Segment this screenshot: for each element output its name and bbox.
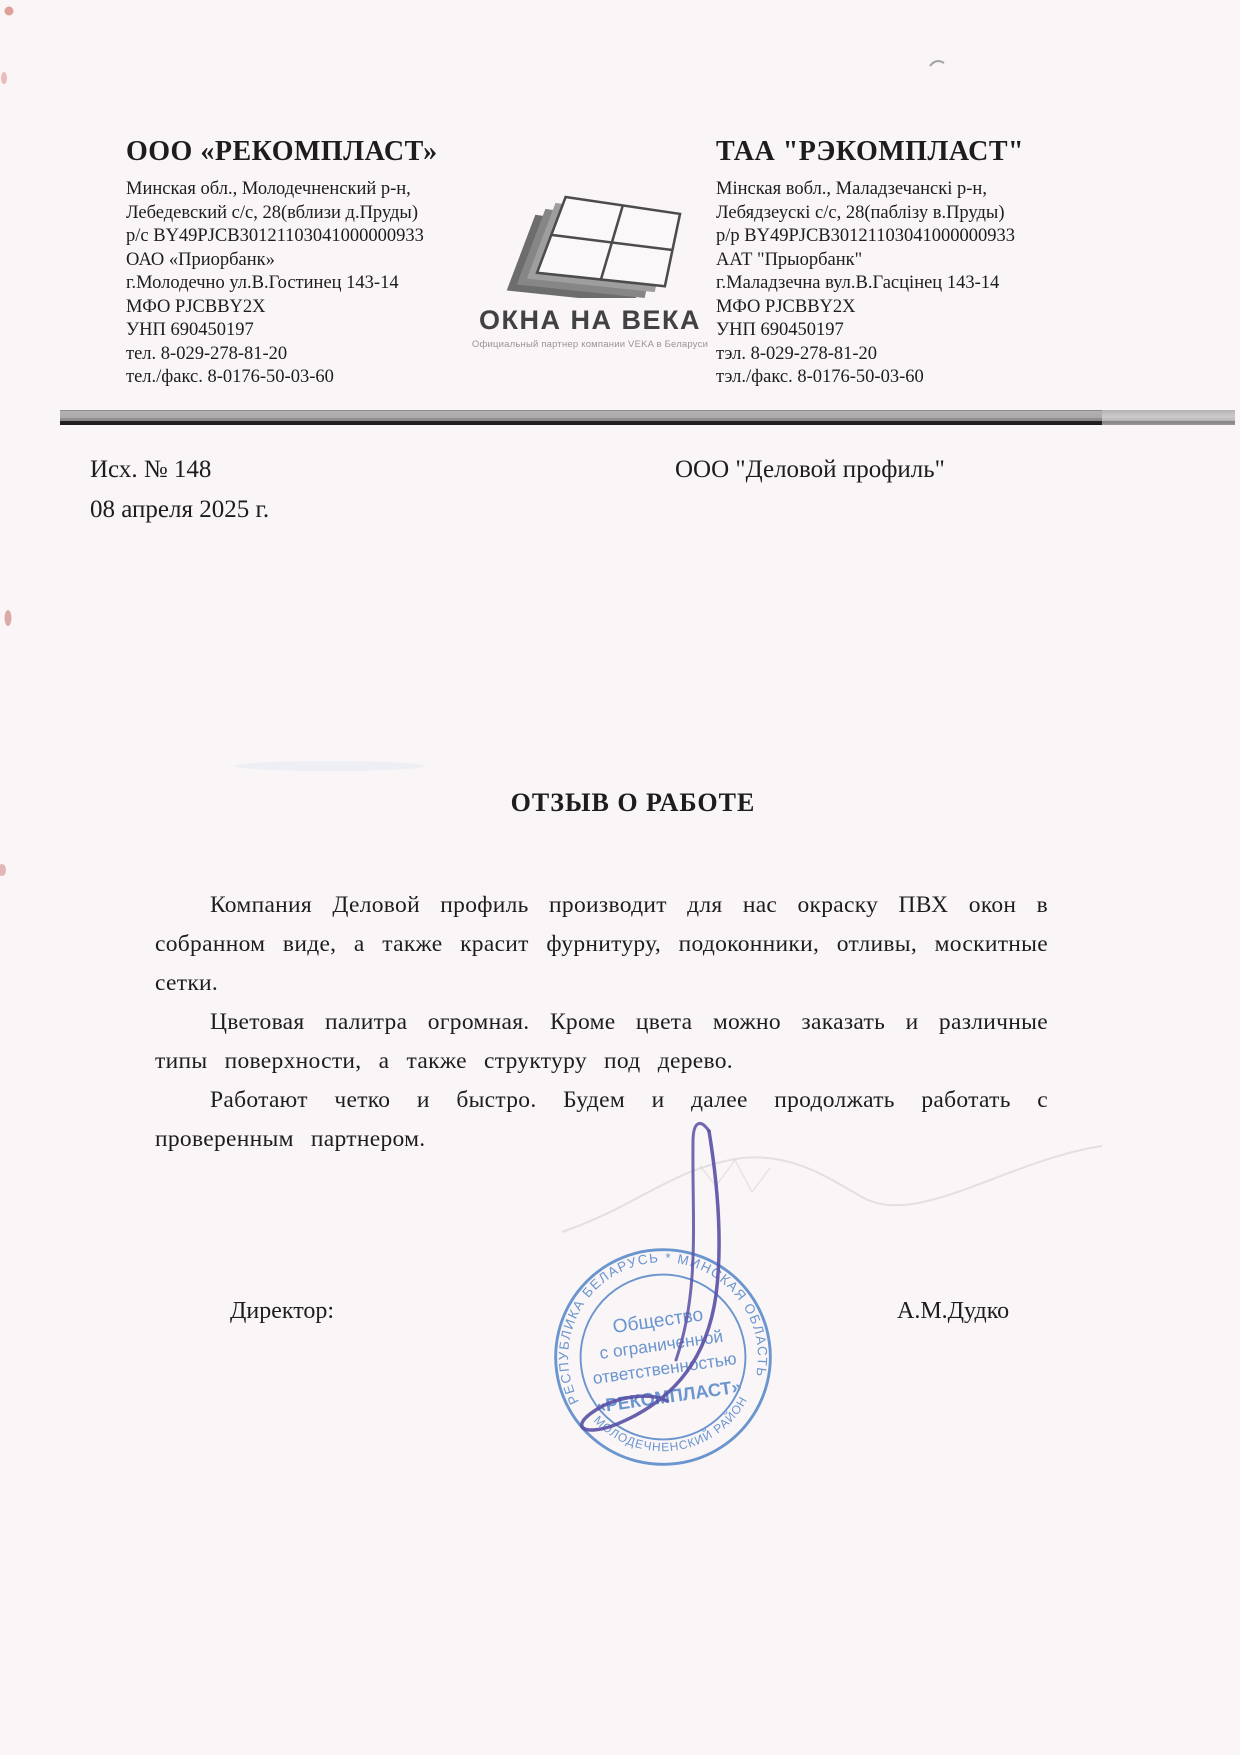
header-company-by: ТАА "РЭКОМПЛАСТ" Мінская вобл., Маладзеч… [716,136,1056,390]
address-line: Мінская вобл., Маладзечанскі р-н, [716,178,1056,202]
address-line: Лебядзеускі с/с, 28(паблізу в.Пруды) [716,202,1056,226]
logo-name: ОКНА НА ВЕКА [448,305,732,336]
director-name: А.М.Дудко [897,1298,1009,1325]
address-line: г.Маладзечна вул.В.Гасцінец 143-14 [716,272,1056,296]
letter-page: ООО «РЕКОМПЛАСТ» Минская обл., Молодечне… [0,0,1240,1755]
paragraph: Цветовая палитра огромная. Кроме цвета м… [155,1003,1048,1081]
scan-mark [5,610,12,626]
paragraph: Работают четко и быстро. Будем и далее п… [155,1081,1048,1159]
address-line: УНП 690450197 [716,319,1056,343]
address-line: тэл./факс. 8-0176-50-03-60 [716,366,1056,390]
header-divider-bar [60,410,1102,425]
scan-mark [930,61,944,66]
scan-mark [0,864,6,876]
director-label: Директор: [230,1298,334,1325]
company-title-ru: ООО «РЕКОМПЛАСТ» [126,136,526,168]
letter-date: 08 апреля 2025 г. [90,496,269,524]
letter-body: Компания Деловой профиль производит для … [155,886,1048,1159]
paper-crease [700,1160,770,1192]
address-line: тел./факс. 8-0176-50-03-60 [126,366,526,390]
scan-smudge [235,761,425,771]
window-panes-icon [492,192,688,298]
outgoing-number: Исх. № 148 [90,456,211,484]
address-line: ААТ "Прыорбанк" [716,249,1056,273]
header-divider-bar-tail [1102,410,1235,425]
company-round-stamp: РЕСПУБЛИКА БЕЛАРУСЬ * МИНСКАЯ ОБЛАСТЬ * … [533,1227,793,1487]
company-title-by: ТАА "РЭКОМПЛАСТ" [716,136,1056,168]
address-line: МФО PJCBBY2X [716,296,1056,320]
company-logo: ОКНА НА ВЕКА Официальный партнер компани… [448,192,732,350]
logo-tagline: Официальный партнер компании VEKA в Бела… [448,339,732,350]
address-line: р/р BY49PJCB30121103041000000933 [716,225,1056,249]
scan-mark [5,7,14,16]
recipient: ООО "Деловой профиль" [675,456,945,484]
address-line: тэл. 8-029-278-81-20 [716,343,1056,367]
paragraph: Компания Деловой профиль производит для … [155,886,1048,1003]
scan-mark [1,72,7,84]
letter-title: ОТЗЫВ О РАБОТЕ [0,788,1240,818]
